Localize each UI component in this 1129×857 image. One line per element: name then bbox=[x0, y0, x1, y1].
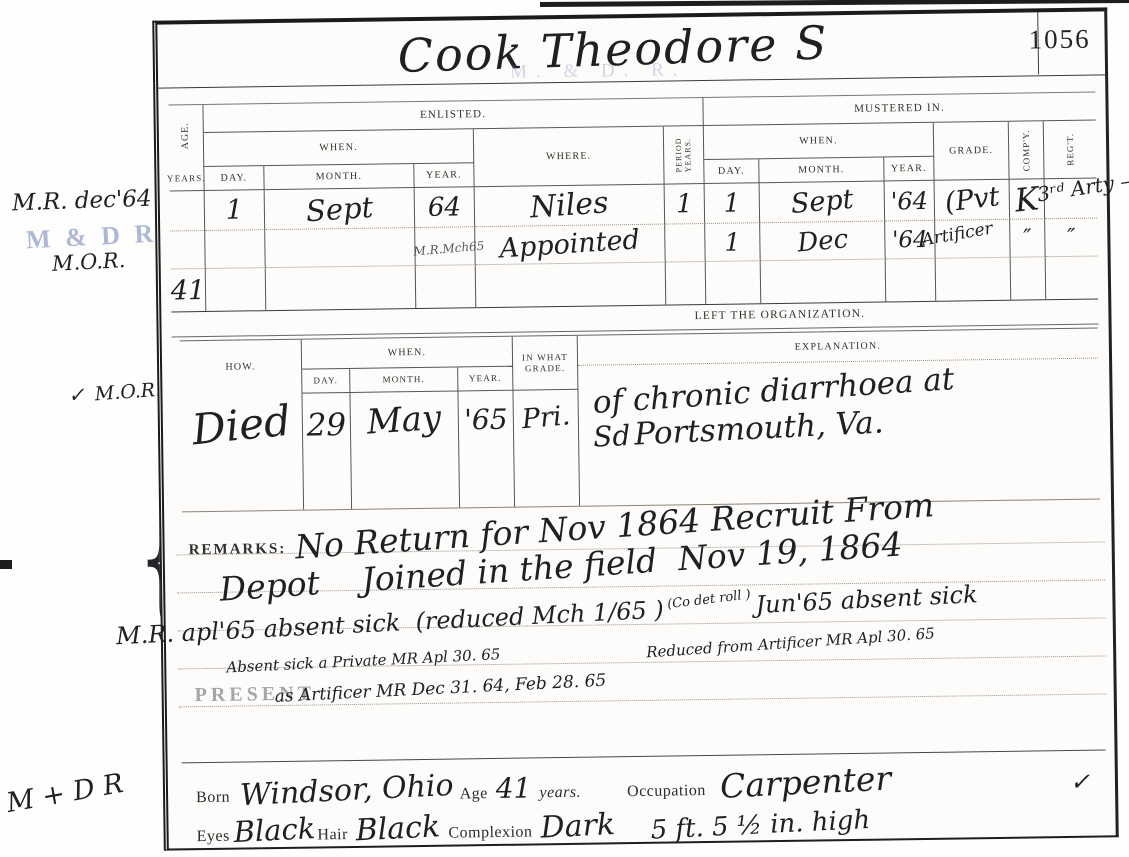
enlisted-label: ENLISTED. bbox=[420, 108, 486, 122]
scan-edge-artifact bbox=[540, 0, 1129, 7]
cell-explanation: of chronic diarrhoea at Sd Portsmouth, V… bbox=[578, 359, 1100, 506]
margin-note-died-mor: ✓M.O.R. bbox=[67, 377, 162, 407]
margin-note-mor: M.O.R. bbox=[51, 248, 125, 276]
cell-myear-1: '64 bbox=[885, 181, 936, 222]
cell-period-2 bbox=[665, 224, 706, 263]
remarks-section: REMARKS: No Return for Nov 1864 Recruit … bbox=[176, 507, 1107, 732]
born-value: Windsor, Ohio bbox=[239, 768, 454, 813]
lo-month-label: MONTH. bbox=[382, 374, 425, 385]
value-enlist-day: 1 bbox=[226, 194, 244, 225]
remarks-label: REMARKS: bbox=[189, 541, 287, 560]
value-regiment-2: ″ bbox=[1067, 225, 1076, 250]
regiment-header-cell: REG'T. bbox=[1044, 121, 1097, 180]
cell-mday-3 bbox=[706, 261, 762, 304]
cell-grade-1: (Pvt bbox=[935, 180, 1011, 221]
lo-year-header: YEAR. bbox=[458, 367, 513, 392]
e-day-header: DAY. bbox=[204, 166, 264, 191]
cell-day-1: 1 bbox=[205, 190, 266, 231]
cell-grade-2: Artificer bbox=[935, 220, 1011, 259]
cell-month-1: Sept bbox=[265, 188, 416, 230]
cell-mmonth-3 bbox=[761, 259, 887, 303]
how-header-cell: HOW. bbox=[180, 340, 303, 396]
cell-mday-2: 1 bbox=[705, 223, 761, 262]
value-company-2: ″ bbox=[1023, 225, 1032, 250]
cell-mday-1: 1 bbox=[705, 183, 761, 224]
enlisted-where-cell: WHERE. bbox=[474, 127, 665, 188]
born-label: Born bbox=[196, 789, 230, 807]
cell-lo-month: May bbox=[350, 391, 460, 508]
years-label: years. bbox=[539, 784, 581, 803]
cell-regiment-3 bbox=[1046, 257, 1099, 300]
in-what-grade-cell: IN WHAT GRADE. bbox=[513, 336, 579, 391]
scan-speck bbox=[0, 560, 12, 569]
cell-month-2 bbox=[265, 228, 416, 268]
age-years-label: YEARS. bbox=[167, 173, 206, 184]
lo-month-header: MONTH. bbox=[350, 367, 458, 393]
cell-lo-day: 29 bbox=[302, 393, 352, 510]
eyes-label: Eyes bbox=[197, 828, 230, 846]
enlisted-when-cell: WHEN. bbox=[204, 129, 474, 167]
m-month-label: MONTH. bbox=[798, 164, 845, 176]
m-year-label: YEAR. bbox=[891, 163, 927, 175]
cell-regiment-1: 3ʳᵈ Arty — bbox=[1045, 179, 1098, 220]
remarks-line-3-interline: (Co det roll ) bbox=[667, 587, 752, 612]
cell-mmonth-1: Sept bbox=[760, 181, 886, 223]
left-organization-table: HOW. WHEN. IN WHAT GRADE. EXPLANATION. D… bbox=[180, 328, 1100, 513]
cell-myear-3 bbox=[886, 259, 937, 302]
e-month-header: MONTH. bbox=[264, 164, 414, 190]
period-years-cell: PERIOD YEARS. bbox=[664, 126, 705, 185]
cell-where-1: Niles bbox=[475, 185, 666, 228]
occupation-value: Carpenter bbox=[719, 759, 892, 806]
value-enlist-where: Niles bbox=[529, 185, 610, 225]
cell-mmonth-2: Dec bbox=[760, 221, 886, 261]
m-day-header: DAY. bbox=[704, 159, 759, 184]
margin-note-mdr-bottom: M + D R bbox=[4, 768, 126, 819]
cell-where-2: M.R.Mch65 Appointed bbox=[475, 225, 666, 266]
left-organization-title: LEFT THE ORGANIZATION. bbox=[405, 308, 866, 328]
company-label: COMP'Y. bbox=[1021, 129, 1032, 171]
e-month-label: MONTH. bbox=[316, 171, 363, 183]
cell-year-3 bbox=[416, 265, 477, 308]
enlisted-where-label: WHERE. bbox=[546, 150, 591, 162]
explanation-label: EXPLANATION. bbox=[795, 340, 881, 353]
value-grade: (Pvt bbox=[943, 181, 1001, 218]
age-label: AGE. bbox=[180, 123, 192, 150]
cell-age-2 bbox=[170, 231, 206, 269]
value-lo-month: May bbox=[366, 398, 443, 443]
value-age: 41 bbox=[171, 274, 206, 305]
cell-where-3 bbox=[476, 263, 667, 308]
value-how-died: Died bbox=[190, 396, 293, 455]
remarks-line-3: M.R. apl'65 absent sick (reduced Mch 1/6… bbox=[115, 596, 664, 651]
mustered-label: MUSTERED IN. bbox=[854, 102, 945, 116]
lo-day-header: DAY. bbox=[302, 369, 350, 394]
hair-value: Black bbox=[355, 809, 441, 848]
age-value: 41 bbox=[496, 771, 532, 804]
cell-age-1 bbox=[170, 191, 206, 231]
value-muster-day: 1 bbox=[723, 188, 740, 218]
value-enlist-month: Sept bbox=[305, 189, 374, 227]
cell-period-3 bbox=[666, 262, 707, 305]
value-enlist-year: 64 bbox=[428, 192, 462, 222]
cell-age-3: 41 bbox=[171, 269, 207, 311]
age-years-cell: YEARS. bbox=[169, 167, 204, 191]
occupation-label: Occupation bbox=[627, 782, 706, 801]
cell-period-1: 1 bbox=[665, 184, 706, 225]
in-what-grade-label: IN WHAT GRADE. bbox=[516, 352, 574, 373]
mustered-when-label: WHEN. bbox=[799, 135, 838, 147]
cell-company-3 bbox=[1011, 257, 1047, 299]
margin-note-died-mor-text: M.O.R. bbox=[94, 379, 162, 406]
remarks-line-3b: Jun'65 absent sick bbox=[755, 580, 978, 619]
how-label: HOW. bbox=[225, 362, 255, 374]
age-header-cell: AGE. bbox=[168, 105, 204, 167]
height-value: 5 ft. 5 ½ in. high bbox=[650, 805, 871, 846]
cell-how: Died bbox=[180, 394, 304, 512]
cell-company-2: ″ bbox=[1010, 219, 1046, 257]
age-label: Age bbox=[460, 785, 488, 803]
lo-when-cell: WHEN. bbox=[302, 337, 513, 370]
m-year-header: YEAR. bbox=[884, 157, 934, 182]
mustered-when-cell: WHEN. bbox=[704, 123, 934, 160]
remarks-line-4b: Reduced from Artificer MR Apl 30. 65 bbox=[646, 624, 936, 661]
value-muster-month-2: Dec bbox=[796, 224, 849, 258]
m-day-label: DAY. bbox=[718, 165, 745, 177]
grade-label: GRADE. bbox=[949, 145, 993, 157]
cell-day-3 bbox=[206, 268, 267, 311]
company-header-cell: COMP'Y. bbox=[1009, 121, 1045, 179]
cell-lo-grade: Pri. bbox=[513, 390, 580, 507]
cell-day-2 bbox=[205, 230, 266, 269]
remarks-line-4a: Absent sick a Private MR Apl 30. 65 bbox=[226, 645, 501, 676]
cell-regiment-2: ″ bbox=[1045, 219, 1098, 258]
checkmark-icon: ✓ bbox=[67, 382, 85, 407]
e-year-header: YEAR. bbox=[414, 163, 474, 188]
enlisted-when-label: WHEN. bbox=[319, 142, 358, 154]
e-year-label: YEAR. bbox=[426, 169, 462, 181]
grade-header-cell: GRADE. bbox=[934, 122, 1010, 181]
cell-grade-3 bbox=[936, 258, 1012, 301]
margin-note-mr-dec64: M.R. dec'64 bbox=[12, 186, 152, 217]
period-years-label: PERIOD YEARS. bbox=[674, 126, 693, 183]
eyes-value: Black bbox=[233, 811, 316, 849]
value-muster-day-2: 1 bbox=[724, 228, 740, 257]
vitals-section: Born Windsor, Ohio Age 41 years. Occupat… bbox=[182, 749, 1107, 849]
value-period: 1 bbox=[676, 189, 693, 219]
enlistment-table: AGE. ENLISTED. MUSTERED IN. WHEN. WHERE.… bbox=[168, 92, 1098, 313]
record-card: Cook Theodore S 1056 M. & D. R. AGE. ENL… bbox=[152, 7, 1118, 850]
complexion-label: Complexion bbox=[448, 823, 532, 842]
m-month-header: MONTH. bbox=[759, 158, 884, 184]
value-lo-year: '65 bbox=[464, 403, 508, 437]
value-lo-grade: Pri. bbox=[520, 400, 571, 435]
cell-month-3 bbox=[266, 266, 417, 310]
value-appointed: Appointed bbox=[499, 224, 641, 264]
lo-year-label: YEAR. bbox=[469, 373, 502, 384]
value-explanation-2-prefix: Sd bbox=[592, 419, 631, 454]
lo-when-label: WHEN. bbox=[388, 347, 427, 359]
regiment-label: REG'T. bbox=[1065, 133, 1076, 166]
value-muster-month: Sept bbox=[789, 184, 854, 220]
verify-checkmark: ✓ bbox=[1070, 768, 1090, 796]
complexion-value: Dark bbox=[540, 807, 616, 846]
lo-day-label: DAY. bbox=[313, 375, 338, 386]
e-day-label: DAY. bbox=[220, 172, 247, 184]
cell-year-1: 64 bbox=[415, 187, 476, 228]
cell-lo-year: '65 bbox=[458, 391, 515, 508]
value-lo-day: 29 bbox=[306, 407, 346, 444]
value-muster-year: '64 bbox=[891, 186, 929, 215]
hair-label: Hair bbox=[317, 826, 348, 844]
